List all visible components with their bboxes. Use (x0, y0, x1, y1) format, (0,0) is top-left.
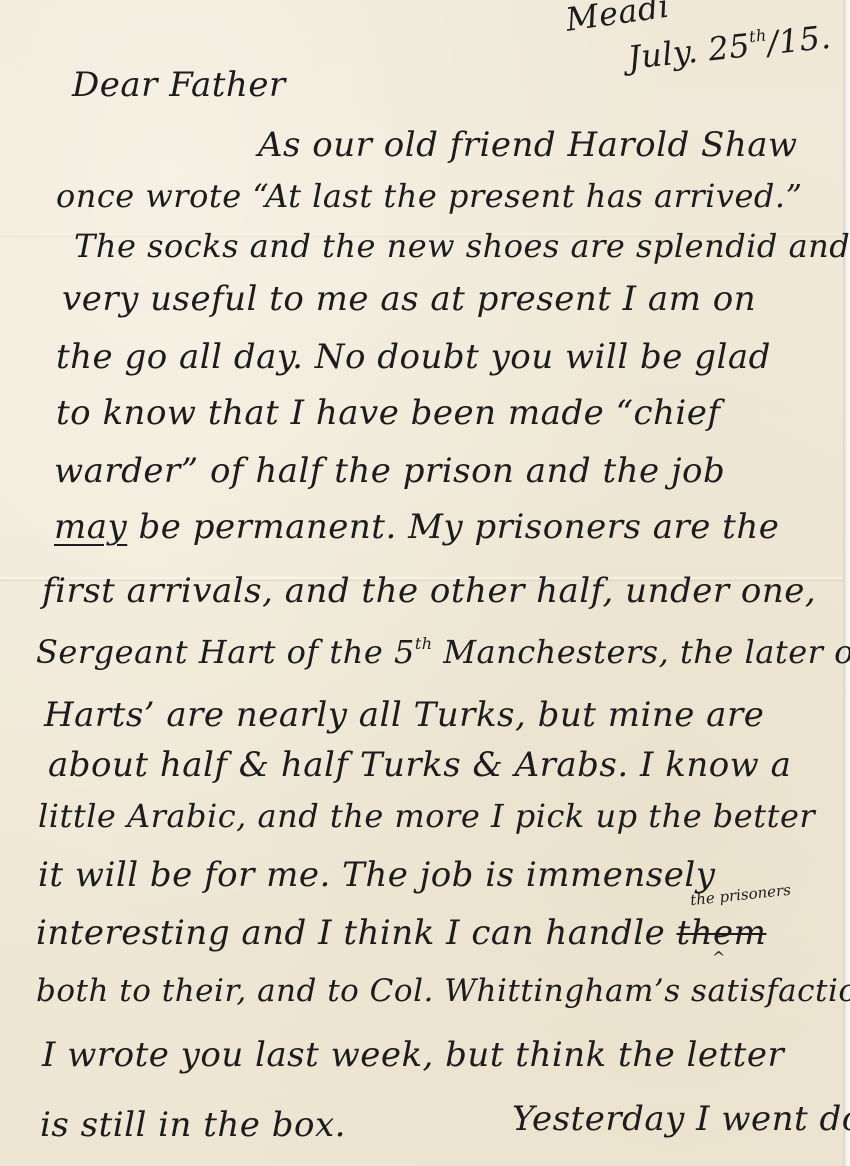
underlined-word-may: may (54, 507, 127, 547)
body-line-16: both to their, and to Col. Whittingham’s… (36, 976, 850, 1007)
salutation: Dear Father (72, 68, 286, 102)
body-line-18-left: is still in the box. (40, 1108, 346, 1142)
body-line-2: once wrote “At last the present has arri… (56, 180, 802, 212)
body-line-4: very useful to me as at present I am on (62, 282, 756, 316)
body-line-3: The socks and the new shoes are splendid… (74, 230, 850, 262)
insertion-caret: ^ (712, 948, 725, 967)
body-line-7: warder” of half the prison and the job (54, 454, 725, 488)
body-line-15: interesting and I think I can handle the… (36, 916, 766, 950)
body-line-1: As our old friend Harold Shaw (258, 128, 798, 162)
date-year: /15. (766, 18, 833, 62)
body-line-14: it will be for me. The job is immensely (38, 858, 715, 892)
body-line-11: Harts’ are nearly all Turks, but mine ar… (44, 698, 764, 732)
body-line-13: little Arabic, and the more I pick up th… (38, 800, 815, 832)
struck-word: them (677, 913, 767, 953)
body-line-15-main: interesting and I think I can handle (36, 913, 665, 953)
body-line-9: first arrivals, and the other half, unde… (42, 574, 816, 608)
body-line-12: about half & half Turks & Arabs. I know … (48, 748, 791, 782)
body-line-6: to know that I have been made “chief (56, 396, 720, 430)
body-line-8-rest: be permanent. My prisoners are the (127, 507, 779, 547)
body-line-10-suffix: Manchesters, the later ones. (433, 633, 850, 671)
body-line-5: the go all day. No doubt you will be gla… (56, 340, 771, 374)
body-line-17: I wrote you last week, but think the let… (42, 1038, 784, 1072)
body-line-10-prefix: Sergeant Hart of the 5 (36, 633, 415, 671)
body-line-18-right: Yesterday I went down (512, 1102, 850, 1136)
body-line-10: Sergeant Hart of the 5th Manchesters, th… (36, 636, 850, 668)
ordinal-superscript: th (415, 634, 433, 653)
body-line-8: may be permanent. My prisoners are the (54, 510, 779, 544)
